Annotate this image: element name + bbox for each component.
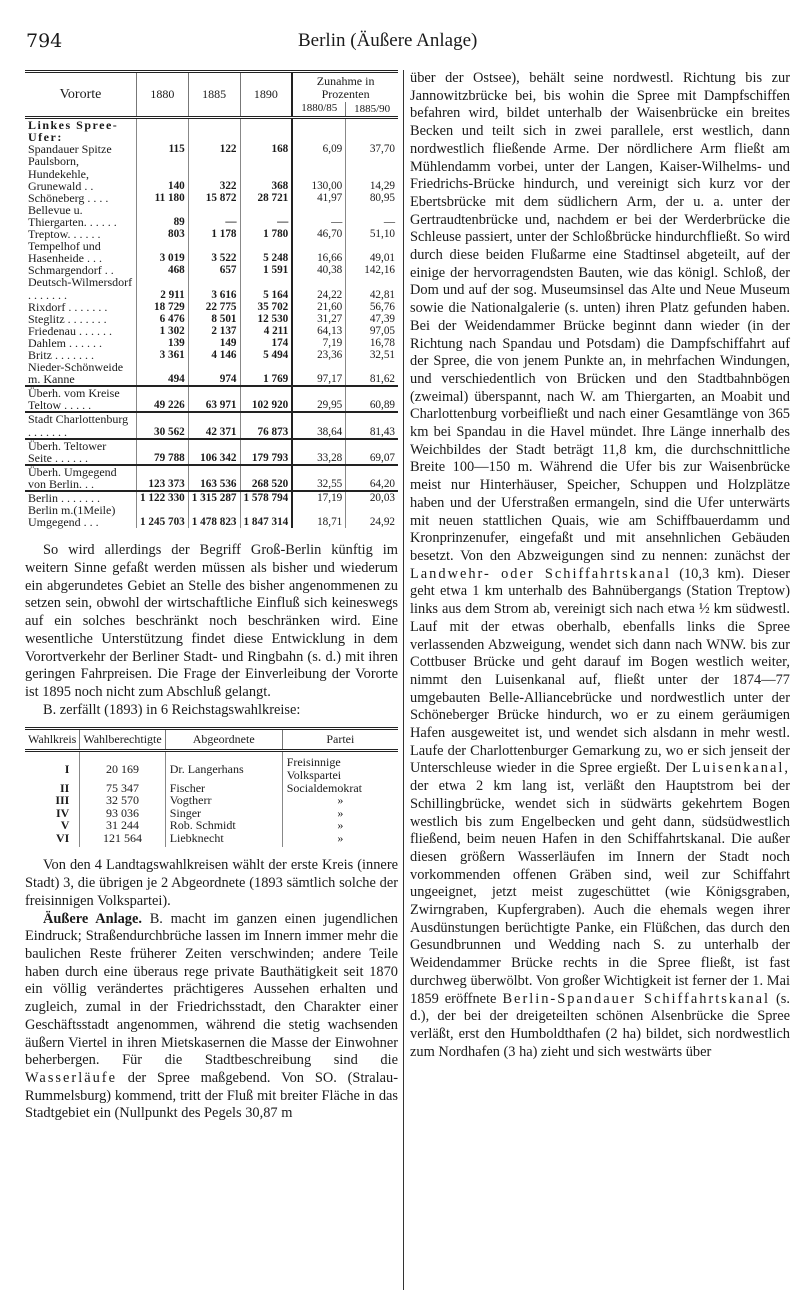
pct-1880-85: 31,27: [292, 313, 346, 325]
value-1880: 123 373: [137, 465, 189, 491]
header-1880-85: 1880/85: [292, 102, 346, 118]
table-row: Rixdorf . . . . . . .18 72922 77535 7022…: [25, 301, 398, 313]
header-partei: Partei: [282, 729, 398, 751]
table-row: Spandauer Spitze1151221686,0937,70: [25, 143, 398, 155]
table-row: VI121 564Liebknecht»: [25, 832, 398, 848]
party-name: Freisinnige Volkspartei: [282, 751, 398, 782]
term-luisenkanal: Luisenkanal,: [692, 760, 790, 776]
paragraph-reichstag-intro: B. zerfällt (1893) in 6 Reichstagswahlkr…: [25, 702, 398, 720]
value-1890: 76 873: [240, 412, 292, 438]
pct-1885-90: 47,39: [346, 313, 398, 325]
pct-1885-90: 60,89: [346, 386, 398, 412]
pct-1880-85: 38,64: [292, 412, 346, 438]
value-1890: 174: [240, 337, 292, 349]
pct-1880-85: 17,19: [292, 491, 346, 504]
paragraph-spree-course: über der Ostsee), behält seine nordwestl…: [410, 70, 790, 1061]
place-name: Berlin m.(1Meile) Umgegend . . .: [25, 504, 137, 528]
pct-1880-85: 24,22: [292, 276, 346, 300]
value-1880: 3 019: [137, 240, 189, 264]
place-name: Nieder-Schönweide m. Kanne: [25, 361, 137, 386]
value-1880: 1 245 703: [137, 504, 189, 528]
pct-1885-90: 64,20: [346, 465, 398, 491]
pct-1885-90: 16,78: [346, 337, 398, 349]
pct-1880-85: 32,55: [292, 465, 346, 491]
value-1880: 30 562: [137, 412, 189, 438]
value-1880: 1 302: [137, 325, 189, 337]
deputy-name: Rob. Schmidt: [165, 819, 282, 832]
value-1880: 3 361: [137, 349, 189, 361]
district-number: II: [25, 782, 80, 795]
value-1885: 3 522: [188, 240, 240, 264]
pct-1880-85: 130,00: [292, 155, 346, 191]
place-name: Rixdorf . . . . . . .: [25, 301, 137, 313]
pct-1880-85: 23,36: [292, 349, 346, 361]
table-row: I20 169Dr. LangerhansFreisinnige Volkspa…: [25, 751, 398, 782]
pct-1885-90: —: [346, 204, 398, 228]
value-1890: 1 578 794: [240, 491, 292, 504]
table-row: V31 244Rob. Schmidt»: [25, 819, 398, 832]
value-1885: 42 371: [188, 412, 240, 438]
value-1885: 4 146: [188, 349, 240, 361]
paragraph-aeussere-anlage: Äußere Anlage. B. macht im ganzen einen …: [25, 911, 398, 1123]
pct-1885-90: 56,76: [346, 301, 398, 313]
district-number: III: [25, 794, 80, 807]
pct-1885-90: 14,29: [346, 155, 398, 191]
voter-count: 20 169: [80, 751, 165, 782]
place-name: Paulsborn, Hundekehle, Grunewald . .: [25, 155, 137, 191]
value-1880: 11 180: [137, 192, 189, 204]
value-1885: 163 536: [188, 465, 240, 491]
pct-1885-90: 97,05: [346, 325, 398, 337]
value-1885: 1 178: [188, 228, 240, 240]
place-name: Tempelhof und Hasenheide . . .: [25, 240, 137, 264]
place-name: Stadt Charlottenburg . . . . . . .: [25, 412, 137, 438]
header-increase: Zunahme in Prozenten: [292, 72, 398, 103]
value-1885: 63 971: [188, 386, 240, 412]
section-row: Linkes Spree-Ufer:: [25, 118, 398, 144]
value-1880: 140: [137, 155, 189, 191]
pct-1885-90: 69,07: [346, 439, 398, 465]
summary-row: Überh. vom Kreise Teltow . . . . .49 226…: [25, 386, 398, 412]
value-1890: 368: [240, 155, 292, 191]
value-1890: 1 847 314: [240, 504, 292, 528]
header-abgeordnete: Abgeordnete: [165, 729, 282, 751]
party-name: »: [282, 794, 398, 807]
value-1890: 35 702: [240, 301, 292, 313]
deputy-name: Dr. Langerhans: [165, 751, 282, 782]
term-spandauer-kanal: Berlin-Spandauer Schiffahrtskanal: [502, 991, 770, 1007]
value-1885: 8 501: [188, 313, 240, 325]
pct-1880-85: 33,28: [292, 439, 346, 465]
district-number: V: [25, 819, 80, 832]
voter-count: 31 244: [80, 819, 165, 832]
value-1885: 322: [188, 155, 240, 191]
paragraph-landtag: Von den 4 Landtagswahlkreisen wählt der …: [25, 857, 398, 910]
value-1880: 2 911: [137, 276, 189, 300]
pct-1880-85: 18,71: [292, 504, 346, 528]
voter-count: 121 564: [80, 832, 165, 848]
value-1885: 2 137: [188, 325, 240, 337]
value-1880: 49 226: [137, 386, 189, 412]
value-1890: 179 793: [240, 439, 292, 465]
pct-1880-85: 29,95: [292, 386, 346, 412]
summary-row: Stadt Charlottenburg . . . . . . .30 562…: [25, 412, 398, 438]
value-1890: 102 920: [240, 386, 292, 412]
value-1890: 1 780: [240, 228, 292, 240]
table-row: Steglitz . . . . . . .6 4768 50112 53031…: [25, 313, 398, 325]
party-name: »: [282, 832, 398, 848]
district-number: I: [25, 751, 80, 782]
value-1885: 22 775: [188, 301, 240, 313]
pct-1885-90: 81,43: [346, 412, 398, 438]
term-landwehrkanal: Landwehr- oder Schiffahrtskanal: [410, 566, 671, 582]
value-1890: 4 211: [240, 325, 292, 337]
value-1880: 18 729: [137, 301, 189, 313]
summary-row: Berlin m.(1Meile) Umgegend . . .1 245 70…: [25, 504, 398, 528]
value-1880: 803: [137, 228, 189, 240]
pct-1880-85: 6,09: [292, 143, 346, 155]
value-1890: 1 591: [240, 264, 292, 276]
value-1890: 268 520: [240, 465, 292, 491]
pct-1880-85: 97,17: [292, 361, 346, 386]
value-1890: 5 494: [240, 349, 292, 361]
value-1880: 115: [137, 143, 189, 155]
value-1885: 1 478 823: [188, 504, 240, 528]
place-name: Deutsch-Wilmersdorf . . . . . . .: [25, 276, 137, 300]
pct-1880-85: 21,60: [292, 301, 346, 313]
value-1885: 149: [188, 337, 240, 349]
pct-1880-85: 46,70: [292, 228, 346, 240]
summary-row: Überh. Teltower Seite . . . . . .79 7881…: [25, 439, 398, 465]
deputy-name: Vogtherr: [165, 794, 282, 807]
value-1880: 89: [137, 204, 189, 228]
section-label: Linkes Spree-Ufer:: [25, 118, 137, 144]
table-row: Bellevue u. Thiergarten. . . . . .89————: [25, 204, 398, 228]
party-name: »: [282, 819, 398, 832]
voter-count: 32 570: [80, 794, 165, 807]
value-1890: 5 164: [240, 276, 292, 300]
pct-1885-90: 49,01: [346, 240, 398, 264]
pct-1885-90: 51,10: [346, 228, 398, 240]
value-1880: 494: [137, 361, 189, 386]
place-name: Steglitz . . . . . . .: [25, 313, 137, 325]
table-row: III32 570Vogtherr»: [25, 794, 398, 807]
column-divider: [403, 70, 404, 1290]
place-name: Bellevue u. Thiergarten. . . . . .: [25, 204, 137, 228]
value-1880: 468: [137, 264, 189, 276]
table-row: Tempelhof und Hasenheide . . .3 0193 522…: [25, 240, 398, 264]
page-number: 794: [26, 30, 62, 52]
pct-1880-85: 40,38: [292, 264, 346, 276]
value-1880: 139: [137, 337, 189, 349]
pct-1880-85: 41,97: [292, 192, 346, 204]
header-1880: 1880: [137, 72, 189, 118]
population-table: Vororte 1880 1885 1890 Zunahme in Prozen…: [25, 70, 398, 528]
value-1885: 122: [188, 143, 240, 155]
header-1885: 1885: [188, 72, 240, 118]
right-column: über der Ostsee), behält seine nordwestl…: [410, 70, 790, 1061]
value-1890: 168: [240, 143, 292, 155]
deputy-name: Liebknecht: [165, 832, 282, 848]
value-1885: 15 872: [188, 192, 240, 204]
running-title: Berlin (Äußere Anlage): [298, 30, 477, 52]
pct-1885-90: 81,62: [346, 361, 398, 386]
value-1880: 6 476: [137, 313, 189, 325]
paragraph-gross-berlin: So wird allerdings der Begriff Groß-Berl…: [25, 542, 398, 701]
pct-1885-90: 42,81: [346, 276, 398, 300]
pct-1880-85: 16,66: [292, 240, 346, 264]
pct-1885-90: 142,16: [346, 264, 398, 276]
summary-row: Überh. Umgegend von Berlin. . .123 37316…: [25, 465, 398, 491]
value-1890: 12 530: [240, 313, 292, 325]
header-vororte: Vororte: [25, 72, 137, 118]
table-row: Nieder-Schönweide m. Kanne4949741 76997,…: [25, 361, 398, 386]
district-number: VI: [25, 832, 80, 848]
pct-1885-90: 37,70: [346, 143, 398, 155]
place-name: Überh. Teltower Seite . . . . . .: [25, 439, 137, 465]
value-1885: —: [188, 204, 240, 228]
header-1885-90: 1885/90: [346, 102, 398, 118]
value-1890: 28 721: [240, 192, 292, 204]
value-1885: 1 315 287: [188, 491, 240, 504]
value-1880: 79 788: [137, 439, 189, 465]
pct-1880-85: 7,19: [292, 337, 346, 349]
pct-1880-85: —: [292, 204, 346, 228]
left-column: Vororte 1880 1885 1890 Zunahme in Prozen…: [25, 70, 398, 1123]
value-1885: 106 342: [188, 439, 240, 465]
value-1885: 657: [188, 264, 240, 276]
section-heading: Äußere Anlage.: [43, 911, 142, 927]
value-1880: 1 122 330: [137, 491, 189, 504]
header-1890: 1890: [240, 72, 292, 118]
pct-1885-90: 24,92: [346, 504, 398, 528]
pct-1885-90: 20,03: [346, 491, 398, 504]
value-1890: 5 248: [240, 240, 292, 264]
table-row: Deutsch-Wilmersdorf . . . . . . .2 9113 …: [25, 276, 398, 300]
election-table: Wahlkreis Wahlberechtigte Abgeordnete Pa…: [25, 727, 398, 847]
value-1885: 3 616: [188, 276, 240, 300]
value-1890: 1 769: [240, 361, 292, 386]
pct-1885-90: 80,95: [346, 192, 398, 204]
header-wahlkreis: Wahlkreis: [25, 729, 80, 751]
value-1890: —: [240, 204, 292, 228]
header-wahlberechtigte: Wahlberechtigte: [80, 729, 165, 751]
value-1885: 974: [188, 361, 240, 386]
pct-1880-85: 64,13: [292, 325, 346, 337]
place-name: Überh. Umgegend von Berlin. . .: [25, 465, 137, 491]
pct-1885-90: 32,51: [346, 349, 398, 361]
place-name: Überh. vom Kreise Teltow . . . . .: [25, 386, 137, 412]
table-row: Paulsborn, Hundekehle, Grunewald . .1403…: [25, 155, 398, 191]
district-number: IV: [25, 807, 80, 820]
